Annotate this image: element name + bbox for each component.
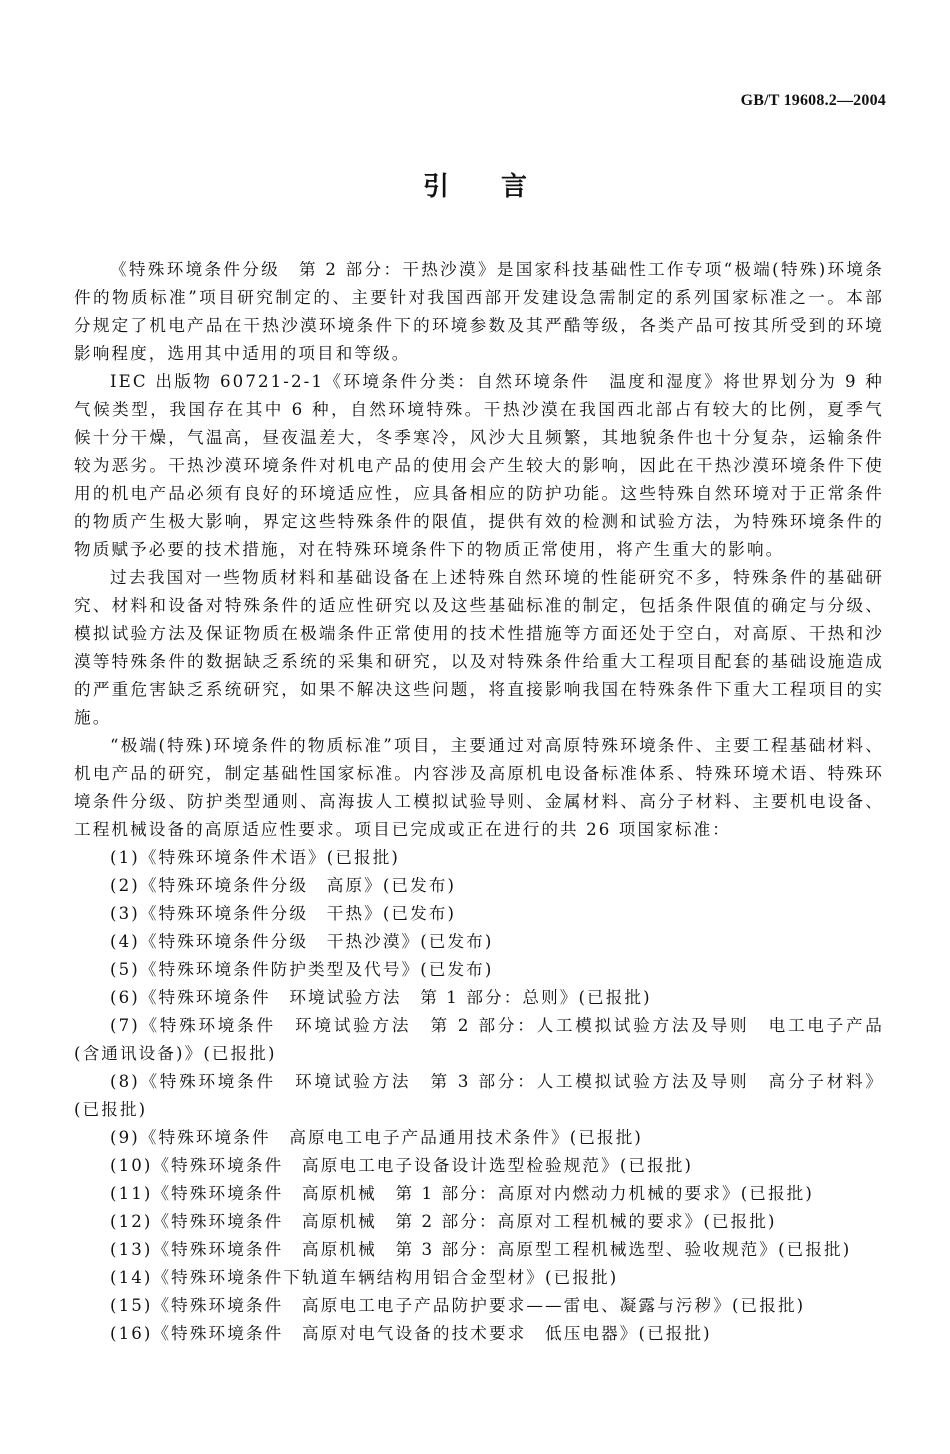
item-title: 《特殊环境条件 高原机械 第 1 部分：高原对内燃动力机械的要求》 [152,1184,740,1203]
item-status: (已发布) [383,876,456,895]
list-item: (12)《特殊环境条件 高原机械 第 2 部分：高原对工程机械的要求》(已报批) [74,1208,884,1236]
item-title: 《特殊环境条件 高原电工电子产品通用技术条件》 [140,1128,570,1147]
item-status: (已发布) [420,932,493,951]
item-number: (10) [110,1156,152,1175]
item-status: (已报批) [639,1324,712,1343]
list-item: (11)《特殊环境条件 高原机械 第 1 部分：高原对内燃动力机械的要求》(已报… [74,1180,884,1208]
item-number: (9) [110,1128,140,1147]
item-title: 《特殊环境条件 高原对电气设备的技术要求 低压电器》 [152,1324,638,1343]
page-title: 引言 [0,166,950,203]
item-number: (13) [110,1240,152,1259]
item-status: (已报批) [74,1100,147,1119]
item-number: (1) [110,848,140,867]
item-title: 《特殊环境条件 高原机械 第 3 部分：高原型工程机械选型、验收规范》 [152,1240,778,1259]
item-number: (16) [110,1324,152,1343]
list-item: (13)《特殊环境条件 高原机械 第 3 部分：高原型工程机械选型、验收规范》(… [74,1236,884,1264]
list-item: (3)《特殊环境条件分级 干热》(已发布) [74,900,884,928]
list-item: (5)《特殊环境条件防护类型及代号》(已发布) [74,956,884,984]
document-page: GB/T 19608.2—2004 引言 《特殊环境条件分级 第 2 部分：干热… [0,0,950,1454]
paragraph: “极端(特殊)环境条件的物质标准”项目，主要通过对高原特殊环境条件、主要工程基础… [74,732,884,844]
item-status: (已报批) [778,1240,851,1259]
item-number: (4) [110,932,140,951]
item-status: (已报批) [578,988,651,1007]
paragraph: IEC 出版物 60721-2-1《环境条件分类：自然环境条件 温度和湿度》将世… [74,368,884,564]
item-number: (5) [110,960,140,979]
item-title: 《特殊环境条件 环境试验方法 第 1 部分：总则》 [140,988,579,1007]
list-item: (4)《特殊环境条件分级 干热沙漠》(已发布) [74,928,884,956]
item-status: (已报批) [741,1184,814,1203]
list-item: (9)《特殊环境条件 高原电工电子产品通用技术条件》(已报批) [74,1124,884,1152]
item-status: (已报批) [203,1044,276,1063]
item-status: (已报批) [703,1212,776,1231]
item-status: (已发布) [383,904,456,923]
item-title: 《特殊环境条件术语》 [140,848,327,867]
item-title: 《特殊环境条件防护类型及代号》 [140,960,420,979]
item-number: (11) [110,1184,152,1203]
list-item: (15)《特殊环境条件 高原电工电子产品防护要求——雷电、凝露与污秽》(已报批) [74,1292,884,1320]
item-title: 《特殊环境条件 高原电工电子设备设计选型检验规范》 [152,1156,619,1175]
item-status: (已报批) [732,1296,805,1315]
item-status: (已报批) [620,1156,693,1175]
item-title: 《特殊环境条件分级 干热》 [140,904,383,923]
item-number: (15) [110,1296,152,1315]
item-title: 《特殊环境条件 环境试验方法 第 3 部分：人工模拟试验方法及导则 高分子材料》 [140,1072,884,1091]
paragraph: 过去我国对一些物质材料和基础设备在上述特殊自然环境的性能研究不多，特殊条件的基础… [74,564,884,732]
list-item: (16)《特殊环境条件 高原对电气设备的技术要求 低压电器》(已报批) [74,1320,884,1348]
list-item: (6)《特殊环境条件 环境试验方法 第 1 部分：总则》(已报批) [74,984,884,1012]
item-title: 《特殊环境条件下轨道车辆结构用铝合金型材》 [152,1268,545,1287]
item-title: 《特殊环境条件 高原机械 第 2 部分：高原对工程机械的要求》 [152,1212,703,1231]
item-status: (已报批) [327,848,400,867]
list-item: (14)《特殊环境条件下轨道车辆结构用铝合金型材》(已报批) [74,1264,884,1292]
standard-code: GB/T 19608.2—2004 [741,92,886,110]
item-title: 《特殊环境条件分级 高原》 [140,876,383,895]
item-title: 《特殊环境条件 高原电工电子产品防护要求——雷电、凝露与污秽》 [152,1296,732,1315]
standards-list: (1)《特殊环境条件术语》(已报批) (2)《特殊环境条件分级 高原》(已发布)… [74,844,884,1348]
list-item: (10)《特殊环境条件 高原电工电子设备设计选型检验规范》(已报批) [74,1152,884,1180]
item-number: (3) [110,904,140,923]
item-number: (8) [110,1072,140,1091]
introduction-body: 《特殊环境条件分级 第 2 部分：干热沙漠》是国家科技基础性工作专项“极端(特殊… [74,256,884,1348]
item-title: 《特殊环境条件 环境试验方法 第 2 部分：人工模拟试验方法及导则 电工电子产品… [74,1016,884,1063]
list-item: (1)《特殊环境条件术语》(已报批) [74,844,884,872]
paragraph: 《特殊环境条件分级 第 2 部分：干热沙漠》是国家科技基础性工作专项“极端(特殊… [74,256,884,368]
list-item: (2)《特殊环境条件分级 高原》(已发布) [74,872,884,900]
item-number: (14) [110,1268,152,1287]
item-number: (2) [110,876,140,895]
list-item: (8)《特殊环境条件 环境试验方法 第 3 部分：人工模拟试验方法及导则 高分子… [74,1068,884,1124]
item-title: 《特殊环境条件分级 干热沙漠》 [140,932,420,951]
item-status: (已报批) [545,1268,618,1287]
item-number: (12) [110,1212,152,1231]
item-number: (7) [110,1016,140,1035]
item-status: (已报批) [570,1128,643,1147]
item-number: (6) [110,988,140,1007]
list-item: (7)《特殊环境条件 环境试验方法 第 2 部分：人工模拟试验方法及导则 电工电… [74,1012,884,1068]
item-status: (已发布) [420,960,493,979]
